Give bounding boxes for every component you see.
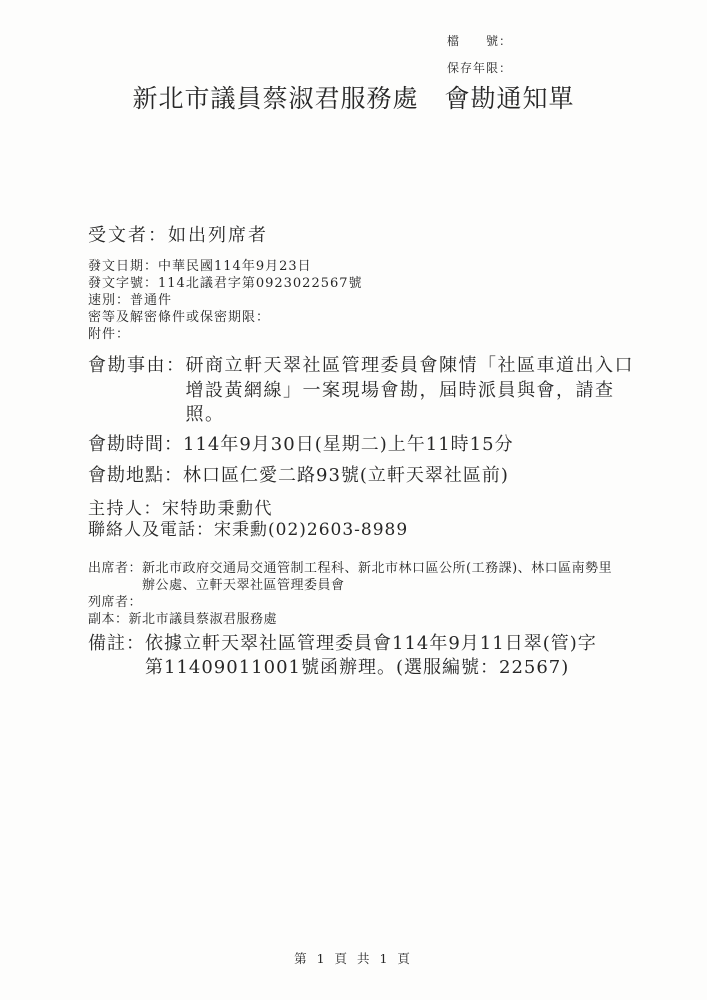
issue-date-row: 發文日期：中華民國114年9月23日	[88, 258, 363, 275]
speed-class-value: 普通件	[130, 293, 172, 308]
page-footer: 第 1 頁 共 1 頁	[0, 949, 707, 967]
inspection-time-row: 會勘時間： 114年9月30日(星期二)上午11時15分	[88, 430, 514, 456]
attachment-label: 附件：	[88, 327, 130, 342]
retention-period-label: 保存年限：	[447, 62, 512, 75]
inspection-location-value: 林口區仁愛二路93號(立軒天翠社區前)	[183, 461, 509, 487]
inspection-subject-row: 會勘事由： 研商立軒天翠社區管理委員會陳情「社區車道出入口增設黃網線」一案現場會…	[88, 354, 652, 428]
contact-value: 宋秉勳(02)2603-8989	[214, 515, 408, 540]
issue-number-label: 發文字號：	[88, 276, 158, 291]
issue-number-value: 114北議君字第0923022567號	[158, 276, 363, 291]
contact-label: 聯絡人及電話：	[88, 515, 214, 540]
contact-row: 聯絡人及電話： 宋秉勳(02)2603-8989	[88, 515, 408, 540]
speed-class-row: 速別：普通件	[88, 292, 363, 309]
observers-label: 列席者：	[88, 594, 142, 611]
speed-class-label: 速別：	[88, 293, 130, 308]
inspection-subject-value: 研商立軒天翠社區管理委員會陳情「社區車道出入口增設黃網線」一案現場會勘，屆時派員…	[186, 354, 652, 428]
issue-date-label: 發文日期：	[88, 259, 158, 274]
carbon-copy-row: 副本： 新北市議員蔡淑君服務處	[88, 611, 277, 628]
document-title: 新北市議員蔡淑君服務處 會勘通知單	[0, 79, 707, 115]
recipient-row: 受文者： 如出列席者	[88, 221, 268, 247]
carbon-copy-label: 副本：	[88, 611, 129, 628]
carbon-copy-value: 新北市議員蔡淑君服務處	[129, 611, 278, 628]
attendees-row: 出席者： 新北市政府交通局交通管制工程科、新北市林口區公所(工務課)、林口區南勢…	[88, 560, 618, 594]
inspection-location-label: 會勘地點：	[88, 461, 183, 487]
issue-date-value: 中華民國114年9月23日	[158, 259, 312, 274]
security-class-label: 密等及解密條件或保密期限：	[88, 310, 270, 325]
recipient-label: 受文者：	[88, 221, 168, 247]
document-page: 檔 號： 保存年限： 新北市議員蔡淑君服務處 會勘通知單 受文者： 如出列席者 …	[0, 0, 707, 1000]
attachment-row: 附件：	[88, 326, 363, 343]
file-number-label: 檔 號：	[447, 35, 512, 48]
observers-row: 列席者：	[88, 594, 142, 611]
inspection-time-label: 會勘時間：	[88, 430, 183, 456]
security-class-row: 密等及解密條件或保密期限：	[88, 309, 363, 326]
issuance-meta-block: 發文日期：中華民國114年9月23日 發文字號：114北議君字第09230225…	[88, 258, 363, 343]
attendees-label: 出席者：	[88, 560, 142, 577]
inspection-time-value: 114年9月30日(星期二)上午11時15分	[183, 430, 514, 456]
inspection-subject-label: 會勘事由：	[88, 354, 186, 379]
remarks-value: 依據立軒天翠社區管理委員會114年9月11日翠(管)字第11409011001號…	[145, 632, 603, 680]
remarks-row: 備註： 依據立軒天翠社區管理委員會114年9月11日翠(管)字第11409011…	[88, 632, 603, 680]
recipient-value: 如出列席者	[168, 221, 268, 247]
attendees-value: 新北市政府交通局交通管制工程科、新北市林口區公所(工務課)、林口區南勢里辦公處、…	[142, 560, 618, 594]
remarks-label: 備註：	[88, 632, 145, 656]
issue-number-row: 發文字號：114北議君字第0923022567號	[88, 275, 363, 292]
inspection-location-row: 會勘地點： 林口區仁愛二路93號(立軒天翠社區前)	[88, 461, 509, 487]
